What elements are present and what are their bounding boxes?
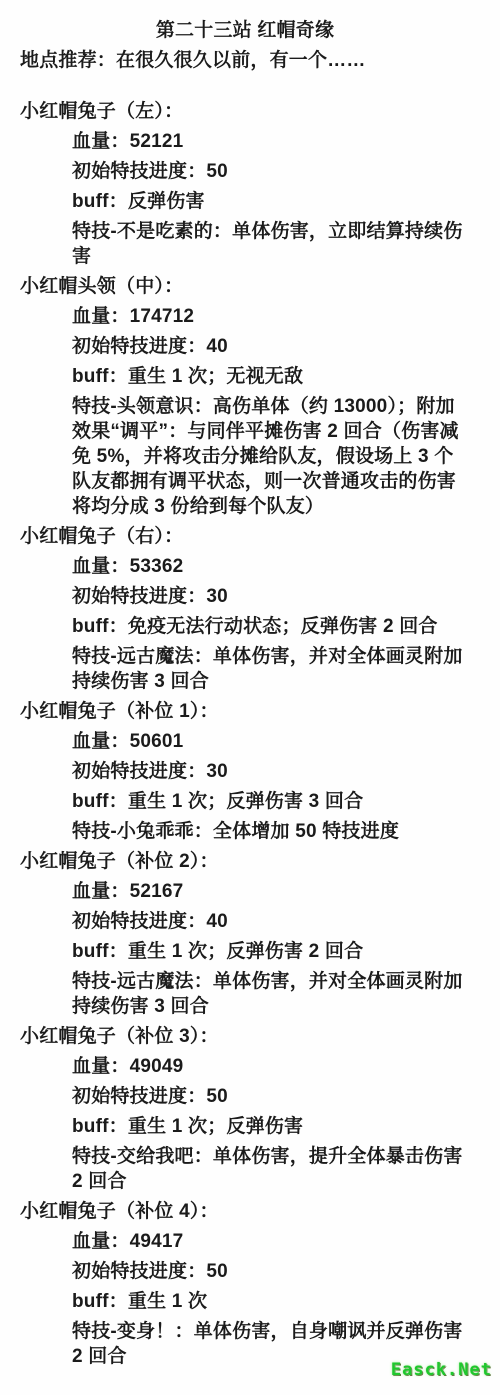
enemy-section: 小红帽兔子（补位 4）： 血量：49417 初始特技进度：50 buff：重生 …	[20, 1199, 470, 1369]
enemy-special-skill: 特技-远古魔法：单体伤害，并对全体画灵附加持续伤害 3 回合	[20, 969, 470, 1019]
enemy-hp: 血量：53362	[20, 554, 470, 579]
enemy-buff: buff：反弹伤害	[20, 189, 470, 214]
enemy-hp: 血量：49417	[20, 1229, 470, 1254]
enemy-section: 小红帽头领（中）： 血量：174712 初始特技进度：40 buff：重生 1 …	[20, 274, 470, 519]
enemy-special-skill: 特技-头领意识：高伤单体（约 13000）；附加效果“调平”：与同伴平摊伤害 2…	[20, 394, 470, 519]
enemy-hp: 血量：50601	[20, 729, 470, 754]
enemy-buff: buff：重生 1 次	[20, 1289, 470, 1314]
enemy-name: 小红帽兔子（补位 3）：	[20, 1024, 470, 1049]
enemy-section: 小红帽兔子（右）： 血量：53362 初始特技进度：30 buff：免疫无法行动…	[20, 524, 470, 694]
enemy-name: 小红帽兔子（左）：	[20, 99, 470, 124]
enemy-name: 小红帽兔子（补位 2）：	[20, 849, 470, 874]
enemy-skill-progress: 初始特技进度：30	[20, 759, 470, 784]
enemy-buff: buff：重生 1 次；反弹伤害	[20, 1114, 470, 1139]
enemy-hp: 血量：174712	[20, 304, 470, 329]
easck-watermark-logo: Easck.Net	[391, 1360, 492, 1380]
page-title: 第二十三站 红帽奇缘	[20, 18, 470, 43]
enemy-special-skill: 特技-不是吃素的：单体伤害，立即结算持续伤害	[20, 219, 470, 269]
enemy-section: 小红帽兔子（左）： 血量：52121 初始特技进度：50 buff：反弹伤害 特…	[20, 99, 470, 269]
enemy-hp: 血量：49049	[20, 1054, 470, 1079]
enemy-skill-progress: 初始特技进度：40	[20, 909, 470, 934]
enemy-skill-progress: 初始特技进度：50	[20, 1084, 470, 1109]
enemy-buff: buff：免疫无法行动状态；反弹伤害 2 回合	[20, 614, 470, 639]
enemy-skill-progress: 初始特技进度：40	[20, 334, 470, 359]
enemy-special-skill: 特技-交给我吧：单体伤害，提升全体暴击伤害 2 回合	[20, 1144, 470, 1194]
enemy-name: 小红帽头领（中）：	[20, 274, 470, 299]
guide-document: 第二十三站 红帽奇缘 地点推荐：在很久很久以前，有一个…… 小红帽兔子（左）： …	[0, 0, 500, 1369]
enemy-buff: buff：重生 1 次；反弹伤害 3 回合	[20, 789, 470, 814]
enemy-name: 小红帽兔子（补位 4）：	[20, 1199, 470, 1224]
enemy-section: 小红帽兔子（补位 3）： 血量：49049 初始特技进度：50 buff：重生 …	[20, 1024, 470, 1194]
enemy-name: 小红帽兔子（补位 1）：	[20, 699, 470, 724]
enemy-buff: buff：重生 1 次；无视无敌	[20, 364, 470, 389]
enemy-skill-progress: 初始特技进度：30	[20, 584, 470, 609]
enemy-buff: buff：重生 1 次；反弹伤害 2 回合	[20, 939, 470, 964]
enemy-hp: 血量：52121	[20, 129, 470, 154]
enemy-skill-progress: 初始特技进度：50	[20, 1259, 470, 1284]
enemy-hp: 血量：52167	[20, 879, 470, 904]
enemy-section: 小红帽兔子（补位 2）： 血量：52167 初始特技进度：40 buff：重生 …	[20, 849, 470, 1019]
enemy-name: 小红帽兔子（右）：	[20, 524, 470, 549]
enemy-special-skill: 特技-小兔乖乖：全体增加 50 特技进度	[20, 819, 470, 844]
location-intro-line: 地点推荐：在很久很久以前，有一个……	[20, 48, 470, 73]
enemy-section: 小红帽兔子（补位 1）： 血量：50601 初始特技进度：30 buff：重生 …	[20, 699, 470, 844]
enemy-special-skill: 特技-远古魔法：单体伤害，并对全体画灵附加持续伤害 3 回合	[20, 644, 470, 694]
enemy-skill-progress: 初始特技进度：50	[20, 159, 470, 184]
